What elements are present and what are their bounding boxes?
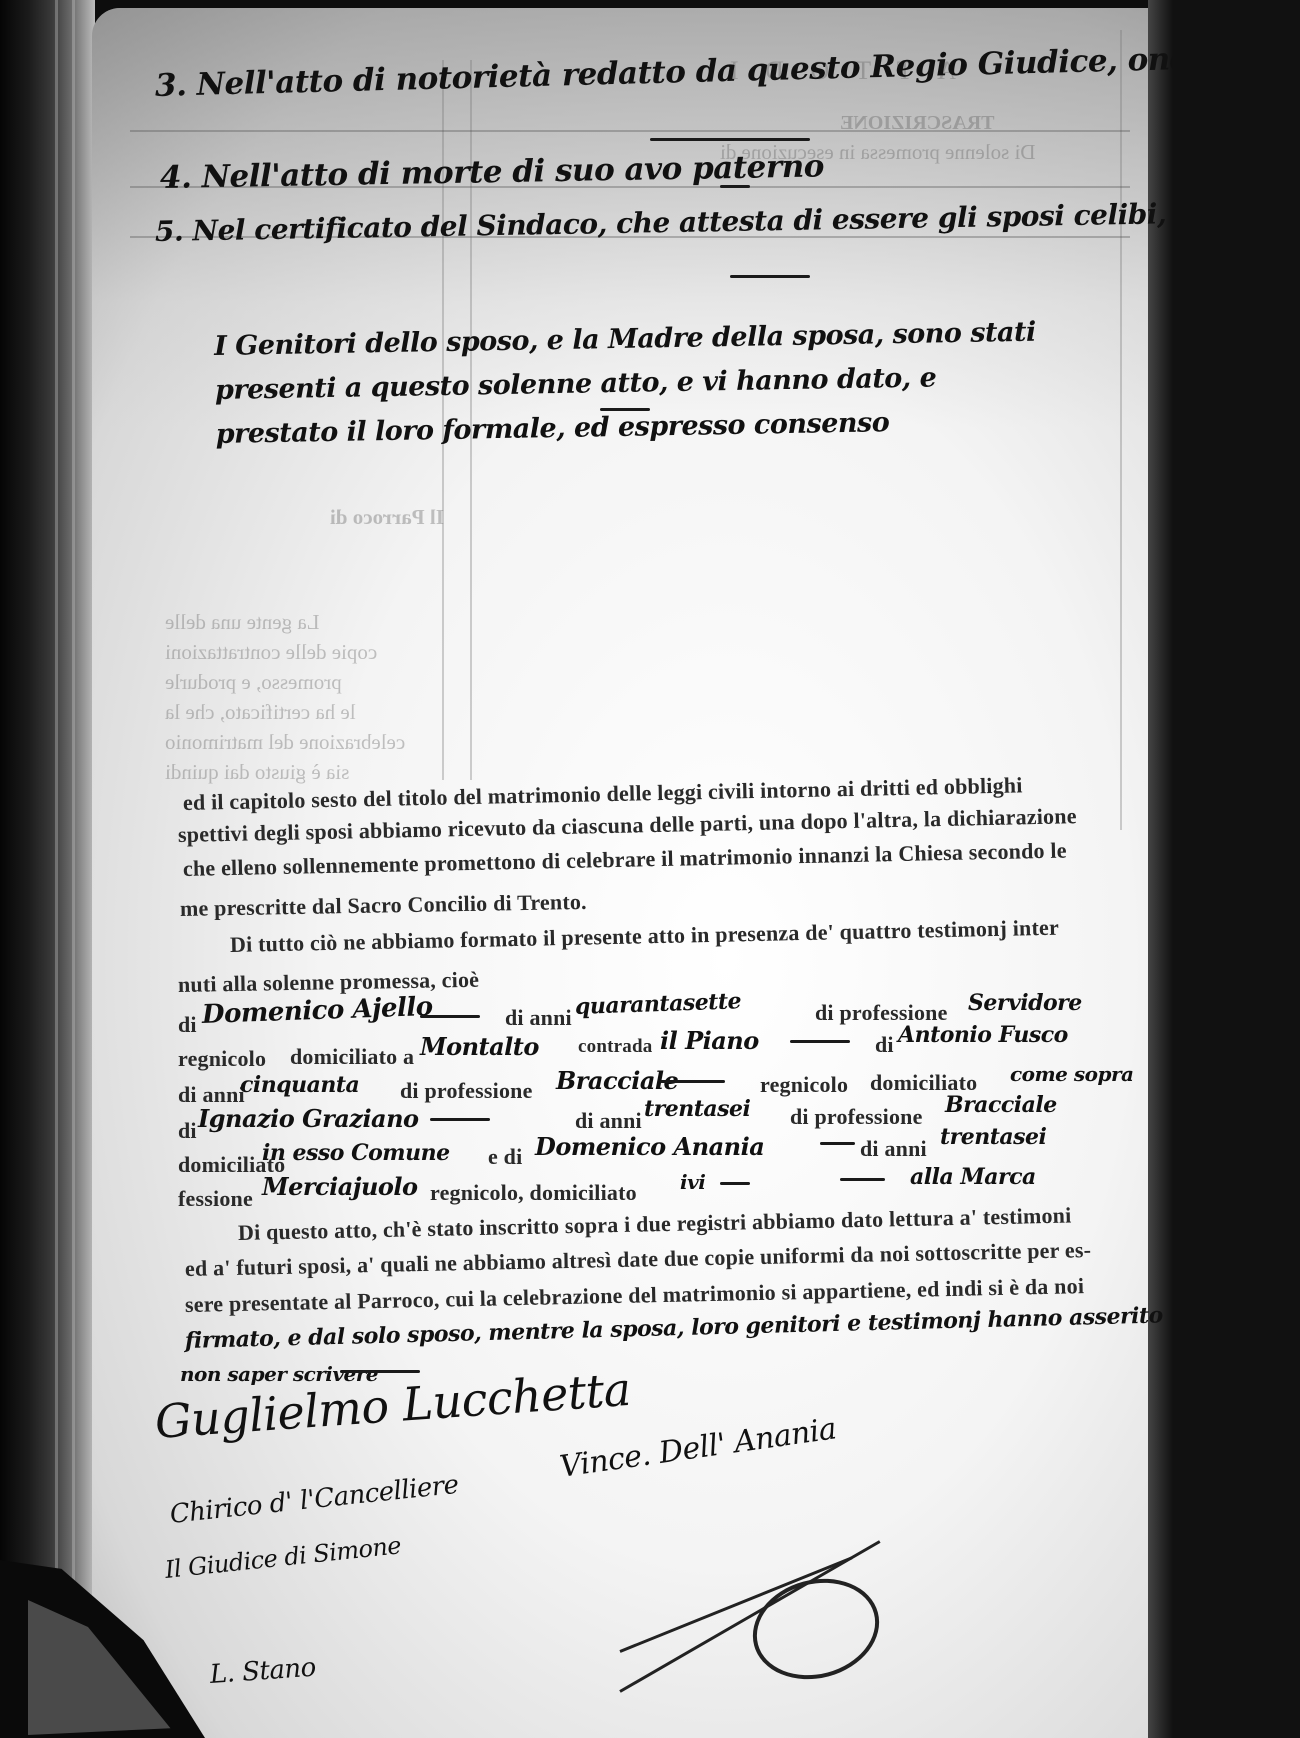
label-di-anni: di anni (575, 1108, 642, 1134)
witness-4-domicile: ivi (680, 1170, 705, 1194)
witness-prefix: e di (488, 1144, 522, 1170)
witness-2-domicile: come sopra (1010, 1062, 1133, 1086)
line-filler (840, 1178, 885, 1181)
printed-line: nuti alla solenne promessa, cioè (178, 967, 480, 998)
line-filler (600, 408, 650, 411)
label-di-anni: di anni (860, 1136, 927, 1162)
bleed-through-line: copie delle contrattazioni (165, 640, 377, 665)
line-filler (820, 1142, 855, 1145)
witness-prefix: di (178, 1012, 197, 1038)
label-di-professione: di professione (400, 1078, 533, 1104)
label-contrada: contrada (578, 1036, 652, 1058)
book-spine (0, 0, 95, 1738)
witness-prefix: di (178, 1118, 197, 1144)
spine-edge-line (72, 0, 75, 1738)
witness-4-profession: Merciajuolo (262, 1172, 418, 1201)
witness-1-street: il Piano (660, 1026, 759, 1055)
line-filler (660, 1080, 725, 1083)
scanned-register-page: A T T O D I TRASCRIZIONE Di solenne prom… (0, 0, 1173, 1738)
bleed-through-line: La gente una delle (165, 610, 320, 635)
witness-1-profession: Servidore (968, 990, 1082, 1016)
line-filler (340, 1370, 420, 1373)
label-domiciliato: domiciliato a (290, 1044, 414, 1070)
bleed-through-line: sia è giusto dai quindi (165, 760, 349, 785)
spine-edge-line (55, 0, 58, 1738)
bleed-through-line: le ha certificato, che la (165, 700, 356, 725)
line-filler (720, 185, 750, 188)
witness-2-name: Antonio Fusco (898, 1022, 1068, 1048)
witness-prefix: di (875, 1032, 894, 1058)
column-rule (1120, 30, 1122, 830)
witness-1-nationality: regnicolo (178, 1046, 266, 1072)
witness-3-age: trentasei (644, 1096, 750, 1122)
witness-3-name: Ignazio Graziano (198, 1104, 419, 1133)
line-filler (730, 275, 810, 278)
line-filler (430, 1118, 490, 1121)
witness-4-nationality: regnicolo, domiciliato (430, 1180, 637, 1206)
witness-4-street: alla Marca (910, 1164, 1036, 1190)
label-di-professione: di professione (790, 1104, 923, 1130)
witness-2-age: cinquanta (240, 1072, 359, 1098)
label-fessione: fessione (178, 1186, 253, 1212)
witness-4-name: Domenico Anania (535, 1132, 764, 1161)
bleed-through-line: promesso, e produrle (165, 670, 342, 695)
witness-3-domicile: in esso Comune (262, 1140, 450, 1166)
line-filler (720, 1182, 750, 1185)
line-filler (650, 138, 810, 141)
bleed-through-parroco: Il Parroco di (330, 505, 444, 530)
witness-2-nationality: regnicolo (760, 1072, 848, 1098)
label-di-anni: di anni (505, 1005, 572, 1031)
witness-1-domicile: Montalto (420, 1032, 539, 1061)
line-filler (420, 1015, 480, 1018)
line-filler (790, 1040, 850, 1043)
page-right-edge (1148, 0, 1173, 1738)
bleed-through-rule (130, 130, 1130, 132)
witness-3-profession: Bracciale (945, 1092, 1057, 1118)
witness-4-age: trentasei (940, 1124, 1046, 1150)
handwritten-consent-note: I Genitori dello sposo, e la Madre della… (214, 310, 1066, 457)
bleed-through-line: celebrazione del matrimonio (165, 730, 405, 755)
